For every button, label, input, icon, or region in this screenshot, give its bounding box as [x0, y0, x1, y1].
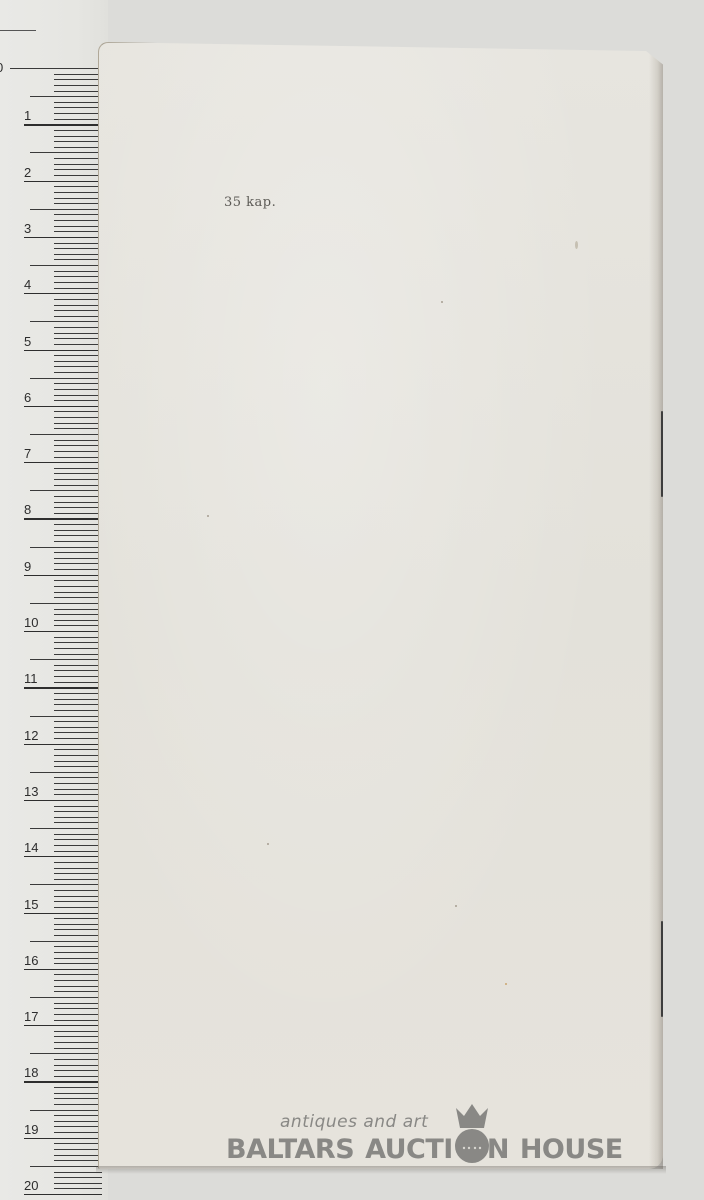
ruler-tick-minor	[54, 276, 102, 277]
ruler-label: 12	[24, 729, 38, 742]
ruler-tick-minor	[54, 811, 102, 812]
ruler-tick-major	[24, 631, 102, 632]
ruler-tick-major	[24, 1194, 102, 1195]
ruler-tick-minor	[54, 817, 102, 818]
ruler-tick-minor	[54, 727, 102, 728]
ruler-tick-half	[30, 265, 102, 266]
ruler-tick-minor	[54, 147, 102, 148]
ruler-tick-minor	[54, 496, 102, 497]
ruler-tick-major	[24, 1138, 102, 1139]
ruler-tick-minor	[54, 372, 102, 373]
ruler-tick-minor	[54, 806, 102, 807]
ruler-tick-minor	[54, 991, 102, 992]
ruler-label: 11	[24, 672, 38, 685]
ruler-tick-major	[24, 181, 102, 182]
ruler-tick-minor	[54, 873, 102, 874]
ruler-tick-minor	[54, 107, 102, 108]
ruler-tick-minor	[54, 648, 102, 649]
ruler-tick-minor	[54, 1020, 102, 1021]
ruler-tick-minor	[54, 428, 102, 429]
ruler-tick-minor	[54, 271, 102, 272]
ruler-tick-minor	[54, 333, 102, 334]
ruler-top-line	[0, 30, 36, 31]
paper-speck	[267, 843, 269, 845]
ruler-tick-minor	[54, 158, 102, 159]
ruler-tick-minor	[54, 609, 102, 610]
ruler-tick-minor	[54, 198, 102, 199]
ruler-tick-minor	[54, 980, 102, 981]
ruler-label: 4	[24, 278, 31, 291]
ruler-label: 8	[24, 503, 31, 516]
ruler-tick-minor	[54, 254, 102, 255]
ruler-tick-minor	[54, 1042, 102, 1043]
ruler-tick-half	[30, 716, 102, 717]
ruler-tick-major	[24, 744, 102, 745]
ruler-label: 16	[24, 954, 38, 967]
ruler-tick-minor	[54, 169, 102, 170]
paper-speck	[505, 983, 507, 985]
ruler-tick-minor	[54, 721, 102, 722]
ruler-tick-minor	[54, 220, 102, 221]
ruler-tick-minor	[54, 502, 102, 503]
ruler-tick-minor	[54, 699, 102, 700]
ruler-tick-major	[24, 350, 102, 351]
ruler-tick-minor	[54, 1115, 102, 1116]
ruler-tick-minor	[54, 552, 102, 553]
ruler-label: 9	[24, 560, 31, 573]
ruler-tick-half	[30, 152, 102, 153]
ruler-tick-minor	[54, 580, 102, 581]
ruler-tick-minor	[54, 417, 102, 418]
ruler-tick-minor	[54, 513, 102, 514]
ruler-tick-major	[24, 1025, 102, 1026]
ruler-tick-half	[30, 490, 102, 491]
staple-top	[661, 411, 663, 497]
ruler-tick-minor	[54, 214, 102, 215]
ruler-label: 2	[24, 166, 31, 179]
ruler-tick-minor	[54, 935, 102, 936]
ruler-tick-minor	[54, 637, 102, 638]
ruler-tick-major	[24, 969, 102, 970]
ruler-tick-minor	[54, 845, 102, 846]
ruler-tick-minor	[54, 485, 102, 486]
ruler-tick-minor	[54, 614, 102, 615]
ruler-tick-minor	[54, 569, 102, 570]
ruler-tick-minor	[54, 862, 102, 863]
ruler-tick-minor	[54, 395, 102, 396]
ruler-tick-minor	[54, 946, 102, 947]
ruler-tick-minor	[54, 839, 102, 840]
ruler-tick-minor	[54, 226, 102, 227]
ruler-tick-minor	[54, 79, 102, 80]
ruler-tick-minor	[54, 355, 102, 356]
ruler-tick-major	[24, 856, 102, 857]
ruler-tick-zero	[10, 68, 102, 69]
ruler-tick-minor	[54, 530, 102, 531]
ruler-tick-minor	[54, 952, 102, 953]
ruler-tick-minor	[54, 243, 102, 244]
ruler-tick-minor	[54, 958, 102, 959]
ruler-tick-minor	[54, 468, 102, 469]
ruler-label: 3	[24, 222, 31, 235]
ruler-tick-minor	[54, 299, 102, 300]
ruler-label: 1	[24, 109, 31, 122]
ruler-tick-minor	[54, 1132, 102, 1133]
ruler-tick-minor	[54, 558, 102, 559]
ruler-label: 13	[24, 785, 38, 798]
ruler-tick-minor	[54, 130, 102, 131]
ruler-label: 10	[24, 616, 38, 629]
ruler-tick-major	[24, 462, 102, 463]
ruler-tick-minor	[54, 203, 102, 204]
ruler-tick-minor	[54, 625, 102, 626]
ruler-tick-major	[24, 518, 102, 519]
ruler-tick-minor	[54, 473, 102, 474]
ruler-tick-minor	[54, 783, 102, 784]
ruler-tick-minor	[54, 755, 102, 756]
ruler-tick-minor	[54, 102, 102, 103]
booklet-back-cover: 35 kap.	[98, 42, 663, 1169]
price-label: 35 kap.	[224, 195, 276, 210]
ruler-tick-minor	[54, 310, 102, 311]
ruler-tick-minor	[54, 704, 102, 705]
ruler-tick-major	[24, 237, 102, 238]
ruler-tick-minor	[54, 907, 102, 908]
ruler-tick-minor	[54, 974, 102, 975]
ruler-tick-minor	[54, 423, 102, 424]
ruler-tick-minor	[54, 749, 102, 750]
ruler-tick-minor	[54, 1172, 102, 1173]
ruler-tick-minor	[54, 1008, 102, 1009]
ruler-tick-minor	[54, 445, 102, 446]
ruler-tick-minor	[54, 918, 102, 919]
ruler-tick-minor	[54, 693, 102, 694]
ruler-tick-minor	[54, 738, 102, 739]
ruler-tick-half	[30, 997, 102, 998]
ruler-label: 7	[24, 447, 31, 460]
ruler-tick-minor	[54, 586, 102, 587]
ruler-tick-minor	[54, 186, 102, 187]
ruler-tick-minor	[54, 389, 102, 390]
ruler-tick-minor	[54, 620, 102, 621]
ruler-tick-minor	[54, 1188, 102, 1189]
ruler-tick-minor	[54, 113, 102, 114]
ruler-tick-minor	[54, 676, 102, 677]
ruler-tick-half	[30, 209, 102, 210]
ruler-tick-minor	[54, 766, 102, 767]
ruler-tick-minor	[54, 1076, 102, 1077]
ruler-tick-half	[30, 1053, 102, 1054]
ruler-tick-minor	[54, 1087, 102, 1088]
ruler-tick-half	[30, 1110, 102, 1111]
ruler-tick-minor	[54, 164, 102, 165]
ruler-label: 15	[24, 898, 38, 911]
ruler-tick-minor	[54, 963, 102, 964]
ruler-tick-minor	[54, 327, 102, 328]
ruler-tick-minor	[54, 524, 102, 525]
ruler-tick-minor	[54, 507, 102, 508]
ruler-tick-minor	[54, 457, 102, 458]
ruler: 0 1234567891011121314151617181920	[0, 0, 108, 1200]
ruler-tick-minor	[54, 1126, 102, 1127]
ruler-tick-minor	[54, 777, 102, 778]
booklet-bottom-shadow	[96, 1166, 666, 1174]
ruler-tick-minor	[54, 670, 102, 671]
ruler-tick-minor	[54, 1048, 102, 1049]
ruler-tick-minor	[54, 789, 102, 790]
ruler-tick-major	[24, 913, 102, 914]
ruler-tick-minor	[54, 1155, 102, 1156]
ruler-tick-minor	[54, 1177, 102, 1178]
ruler-tick-half	[30, 434, 102, 435]
ruler-tick-minor	[54, 1036, 102, 1037]
ruler-tick-major	[24, 687, 102, 688]
ruler-tick-minor	[54, 890, 102, 891]
ruler-tick-minor	[54, 366, 102, 367]
ruler-tick-minor	[54, 682, 102, 683]
ruler-tick-minor	[54, 665, 102, 666]
ruler-tick-major	[24, 293, 102, 294]
ruler-tick-half	[30, 378, 102, 379]
ruler-tick-minor	[54, 761, 102, 762]
ruler-tick-minor	[54, 248, 102, 249]
paper-speck	[455, 905, 457, 907]
ruler-tick-minor	[54, 338, 102, 339]
ruler-tick-minor	[54, 879, 102, 880]
ruler-tick-half	[30, 884, 102, 885]
ruler-tick-minor	[54, 597, 102, 598]
ruler-tick-minor	[54, 361, 102, 362]
ruler-tick-minor	[54, 834, 102, 835]
ruler-tick-major	[24, 575, 102, 576]
ruler-tick-minor	[54, 175, 102, 176]
ruler-tick-minor	[54, 1003, 102, 1004]
ruler-tick-minor	[54, 119, 102, 120]
ruler-tick-minor	[54, 642, 102, 643]
ruler-tick-minor	[54, 1149, 102, 1150]
ruler-tick-minor	[54, 91, 102, 92]
ruler-tick-half	[30, 321, 102, 322]
staple-bottom	[661, 921, 663, 1017]
ruler-tick-minor	[54, 85, 102, 86]
ruler-tick-minor	[54, 411, 102, 412]
ruler-tick-minor	[54, 851, 102, 852]
ruler-tick-minor	[54, 259, 102, 260]
ruler-tick-minor	[54, 896, 102, 897]
ruler-label: 6	[24, 391, 31, 404]
ruler-tick-minor	[54, 929, 102, 930]
ruler-tick-minor	[54, 479, 102, 480]
ruler-tick-minor	[54, 231, 102, 232]
ruler-tick-minor	[54, 1093, 102, 1094]
ruler-tick-minor	[54, 141, 102, 142]
ruler-tick-minor	[54, 305, 102, 306]
ruler-tick-minor	[54, 654, 102, 655]
ruler-tick-minor	[54, 316, 102, 317]
ruler-tick-minor	[54, 986, 102, 987]
ruler-label: 17	[24, 1010, 38, 1023]
ruler-tick-minor	[54, 1031, 102, 1032]
ruler-label: 18	[24, 1066, 38, 1079]
ruler-tick-minor	[54, 868, 102, 869]
ruler-tick-half	[30, 828, 102, 829]
paper-speck	[441, 301, 443, 303]
ruler-tick-minor	[54, 192, 102, 193]
ruler-zero-label: 0	[0, 61, 3, 74]
ruler-tick-minor	[54, 451, 102, 452]
ruler-tick-minor	[54, 924, 102, 925]
ruler-tick-minor	[54, 282, 102, 283]
ruler-tick-minor	[54, 1160, 102, 1161]
ruler-tick-minor	[54, 535, 102, 536]
ruler-tick-minor	[54, 136, 102, 137]
ruler-tick-half	[30, 772, 102, 773]
ruler-tick-minor	[54, 1059, 102, 1060]
ruler-tick-major	[24, 406, 102, 407]
ruler-tick-minor	[54, 74, 102, 75]
ruler-tick-major	[24, 800, 102, 801]
ruler-tick-major	[24, 1081, 102, 1082]
ruler-tick-minor	[54, 1070, 102, 1071]
ruler-tick-minor	[54, 1065, 102, 1066]
ruler-tick-minor	[54, 822, 102, 823]
ruler-tick-minor	[54, 541, 102, 542]
ruler-tick-half	[30, 1166, 102, 1167]
ruler-label: 5	[24, 335, 31, 348]
paper-speck	[207, 515, 209, 517]
ruler-tick-minor	[54, 440, 102, 441]
ruler-label: 14	[24, 841, 38, 854]
ruler-tick-minor	[54, 1014, 102, 1015]
ruler-tick-half	[30, 603, 102, 604]
ruler-tick-minor	[54, 732, 102, 733]
ruler-tick-half	[30, 941, 102, 942]
ruler-tick-minor	[54, 1183, 102, 1184]
ruler-tick-half	[30, 96, 102, 97]
ruler-tick-minor	[54, 710, 102, 711]
ruler-tick-minor	[54, 1143, 102, 1144]
ruler-tick-minor	[54, 1104, 102, 1105]
ruler-tick-minor	[54, 1098, 102, 1099]
ruler-tick-minor	[54, 1121, 102, 1122]
ruler-tick-minor	[54, 400, 102, 401]
ruler-label: 20	[24, 1179, 38, 1192]
ruler-tick-half	[30, 659, 102, 660]
ruler-tick-half	[30, 547, 102, 548]
ruler-label: 19	[24, 1123, 38, 1136]
ruler-tick-minor	[54, 383, 102, 384]
ruler-tick-minor	[54, 794, 102, 795]
ruler-tick-minor	[54, 901, 102, 902]
ruler-tick-major	[24, 124, 102, 125]
ruler-tick-minor	[54, 563, 102, 564]
ruler-tick-minor	[54, 288, 102, 289]
ruler-tick-minor	[54, 344, 102, 345]
ruler-tick-minor	[54, 592, 102, 593]
paper-speck	[575, 241, 578, 249]
